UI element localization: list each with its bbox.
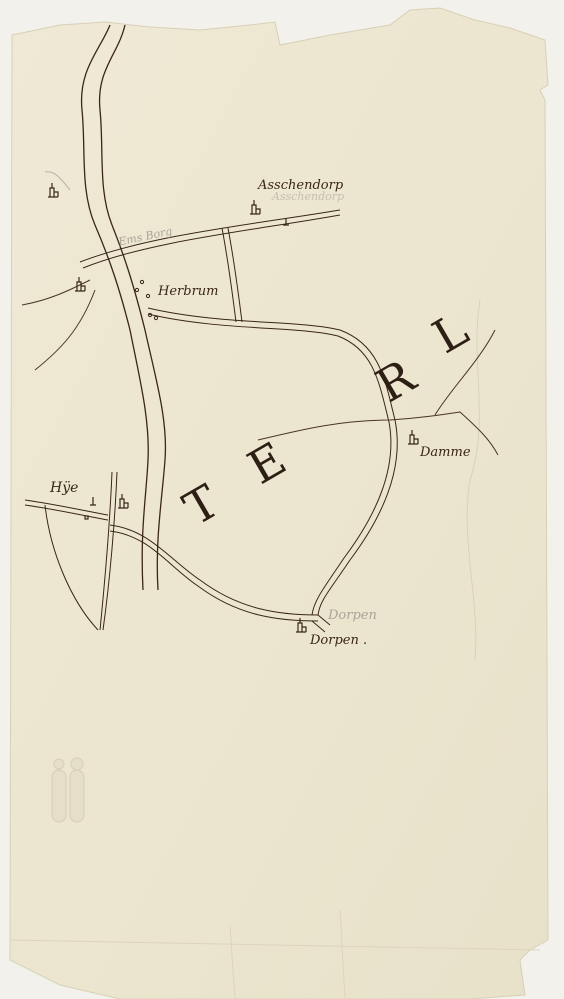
manuscript-map-sheet xyxy=(0,0,564,999)
place-label-dorpen: Dorpen . xyxy=(310,633,367,648)
place-label-hye: Hÿe xyxy=(50,480,78,496)
place-label-herbrum: Herbrum xyxy=(158,284,218,299)
pencil-note-asschendorp: Asschendorp xyxy=(272,190,344,203)
pencil-note-dorpen: Dorpen xyxy=(328,608,377,623)
place-label-damme: Damme xyxy=(420,445,471,460)
